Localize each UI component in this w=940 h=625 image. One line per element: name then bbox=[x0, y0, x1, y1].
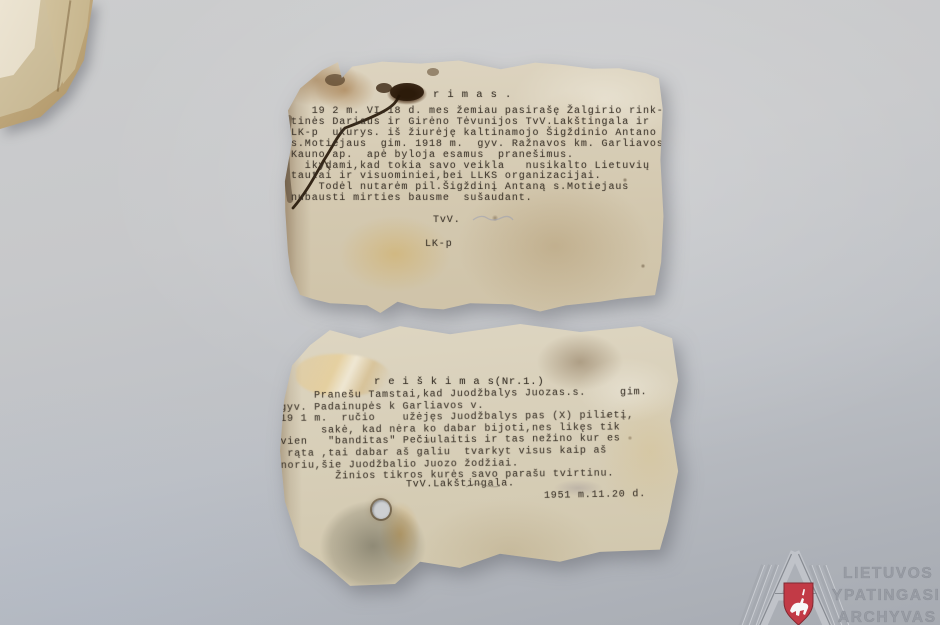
doc1-body: 19 2 m. VI.18 d. mes žemiau pasirašę Žal… bbox=[291, 107, 677, 205]
doc1-title: r i m a s . bbox=[433, 89, 512, 101]
doc2-date: 1951 m.11.20 d. bbox=[544, 489, 646, 502]
watermark-line: LIETUVOS bbox=[843, 565, 933, 582]
paper-stack bbox=[0, 0, 150, 150]
document-top: r i m a s . 19 2 m. VI.18 d. mes žemiau … bbox=[283, 58, 665, 313]
doc2-signature: TvV.Lakštingala. bbox=[406, 478, 515, 490]
paper-hole bbox=[372, 500, 390, 519]
doc1-org-label: LK-p bbox=[425, 239, 453, 250]
doc1-line: Kauno ap. apė byloja esamus pranešimus. bbox=[291, 151, 677, 162]
doc1-line: s.Motiejaus gim. 1918 m. gyv. Ražnavos k… bbox=[291, 140, 677, 151]
doc1-line: nubausti mirties bausme sušaudant. bbox=[291, 194, 677, 205]
doc1-signer-label: TvV. bbox=[433, 215, 461, 226]
archive-watermark-text: LIETUVOS YPATINGASIS ARCHYVAS bbox=[832, 565, 940, 625]
doc2-body: Pranešu Tamstai,kad Juodžbalys Juozas.s.… bbox=[280, 387, 648, 484]
handwritten-signature bbox=[473, 216, 513, 220]
watermark-line: YPATINGASIS bbox=[832, 587, 940, 604]
doc2-title: r e i š k i m a s(Nr.1.) bbox=[374, 376, 544, 388]
photo-backdrop: r i m a s . 19 2 m. VI.18 d. mes žemiau … bbox=[0, 0, 940, 625]
document-bottom: r e i š k i m a s(Nr.1.) Pranešu Tamstai… bbox=[278, 320, 683, 588]
watermark-line: ARCHYVAS bbox=[838, 609, 937, 625]
archive-watermark: LIETUVOS YPATINGASIS ARCHYVAS bbox=[738, 549, 940, 625]
document-bottom-paper: r e i š k i m a s(Nr.1.) Pranešu Tamstai… bbox=[278, 320, 683, 588]
document-top-paper: r i m a s . 19 2 m. VI.18 d. mes žemiau … bbox=[283, 58, 665, 313]
